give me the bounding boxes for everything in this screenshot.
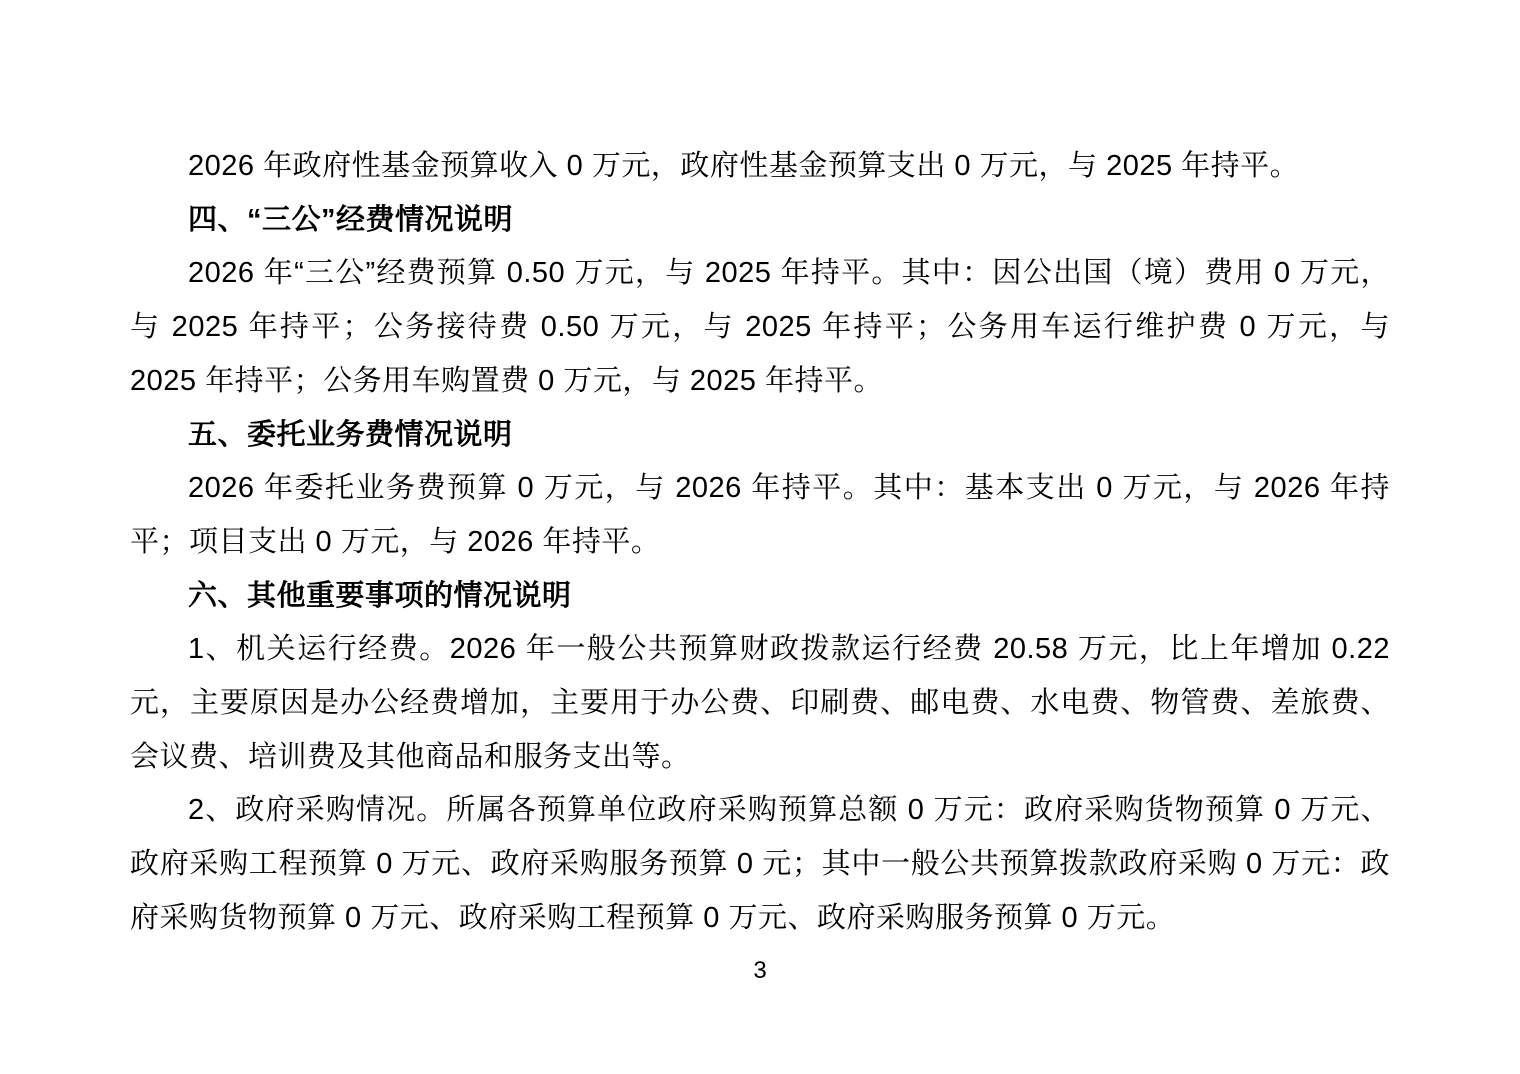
heading-section-5-entrusted-business-fee: 五、委托业务费情况说明 <box>130 409 1390 463</box>
document-page: 2026 年政府性基金预算收入 0 万元，政府性基金预算支出 0 万元，与 20… <box>0 0 1520 1074</box>
heading-section-4-three-public-expenses: 四、“三公”经费情况说明 <box>130 194 1390 248</box>
paragraph-government-procurement: 2、政府采购情况。所属各预算单位政府采购预算总额 0 万元：政府采购货物预算 0… <box>130 784 1390 945</box>
page-number: 3 <box>0 956 1520 986</box>
paragraph-entrusted-business-fee-detail: 2026 年委托业务费预算 0 万元，与 2026 年持平。其中：基本支出 0 … <box>130 462 1390 569</box>
heading-section-6-other-important-matters: 六、其他重要事项的情况说明 <box>130 570 1390 624</box>
paragraph-agency-operating-expenses: 1、机关运行经费。2026 年一般公共预算财政拨款运行经费 20.58 万元，比… <box>130 623 1390 784</box>
paragraph-gov-fund-budget: 2026 年政府性基金预算收入 0 万元，政府性基金预算支出 0 万元，与 20… <box>130 140 1390 194</box>
document-content: 2026 年政府性基金预算收入 0 万元，政府性基金预算支出 0 万元，与 20… <box>130 140 1390 946</box>
paragraph-three-public-expenses-detail: 2026 年“三公”经费预算 0.50 万元，与 2025 年持平。其中：因公出… <box>130 247 1390 408</box>
